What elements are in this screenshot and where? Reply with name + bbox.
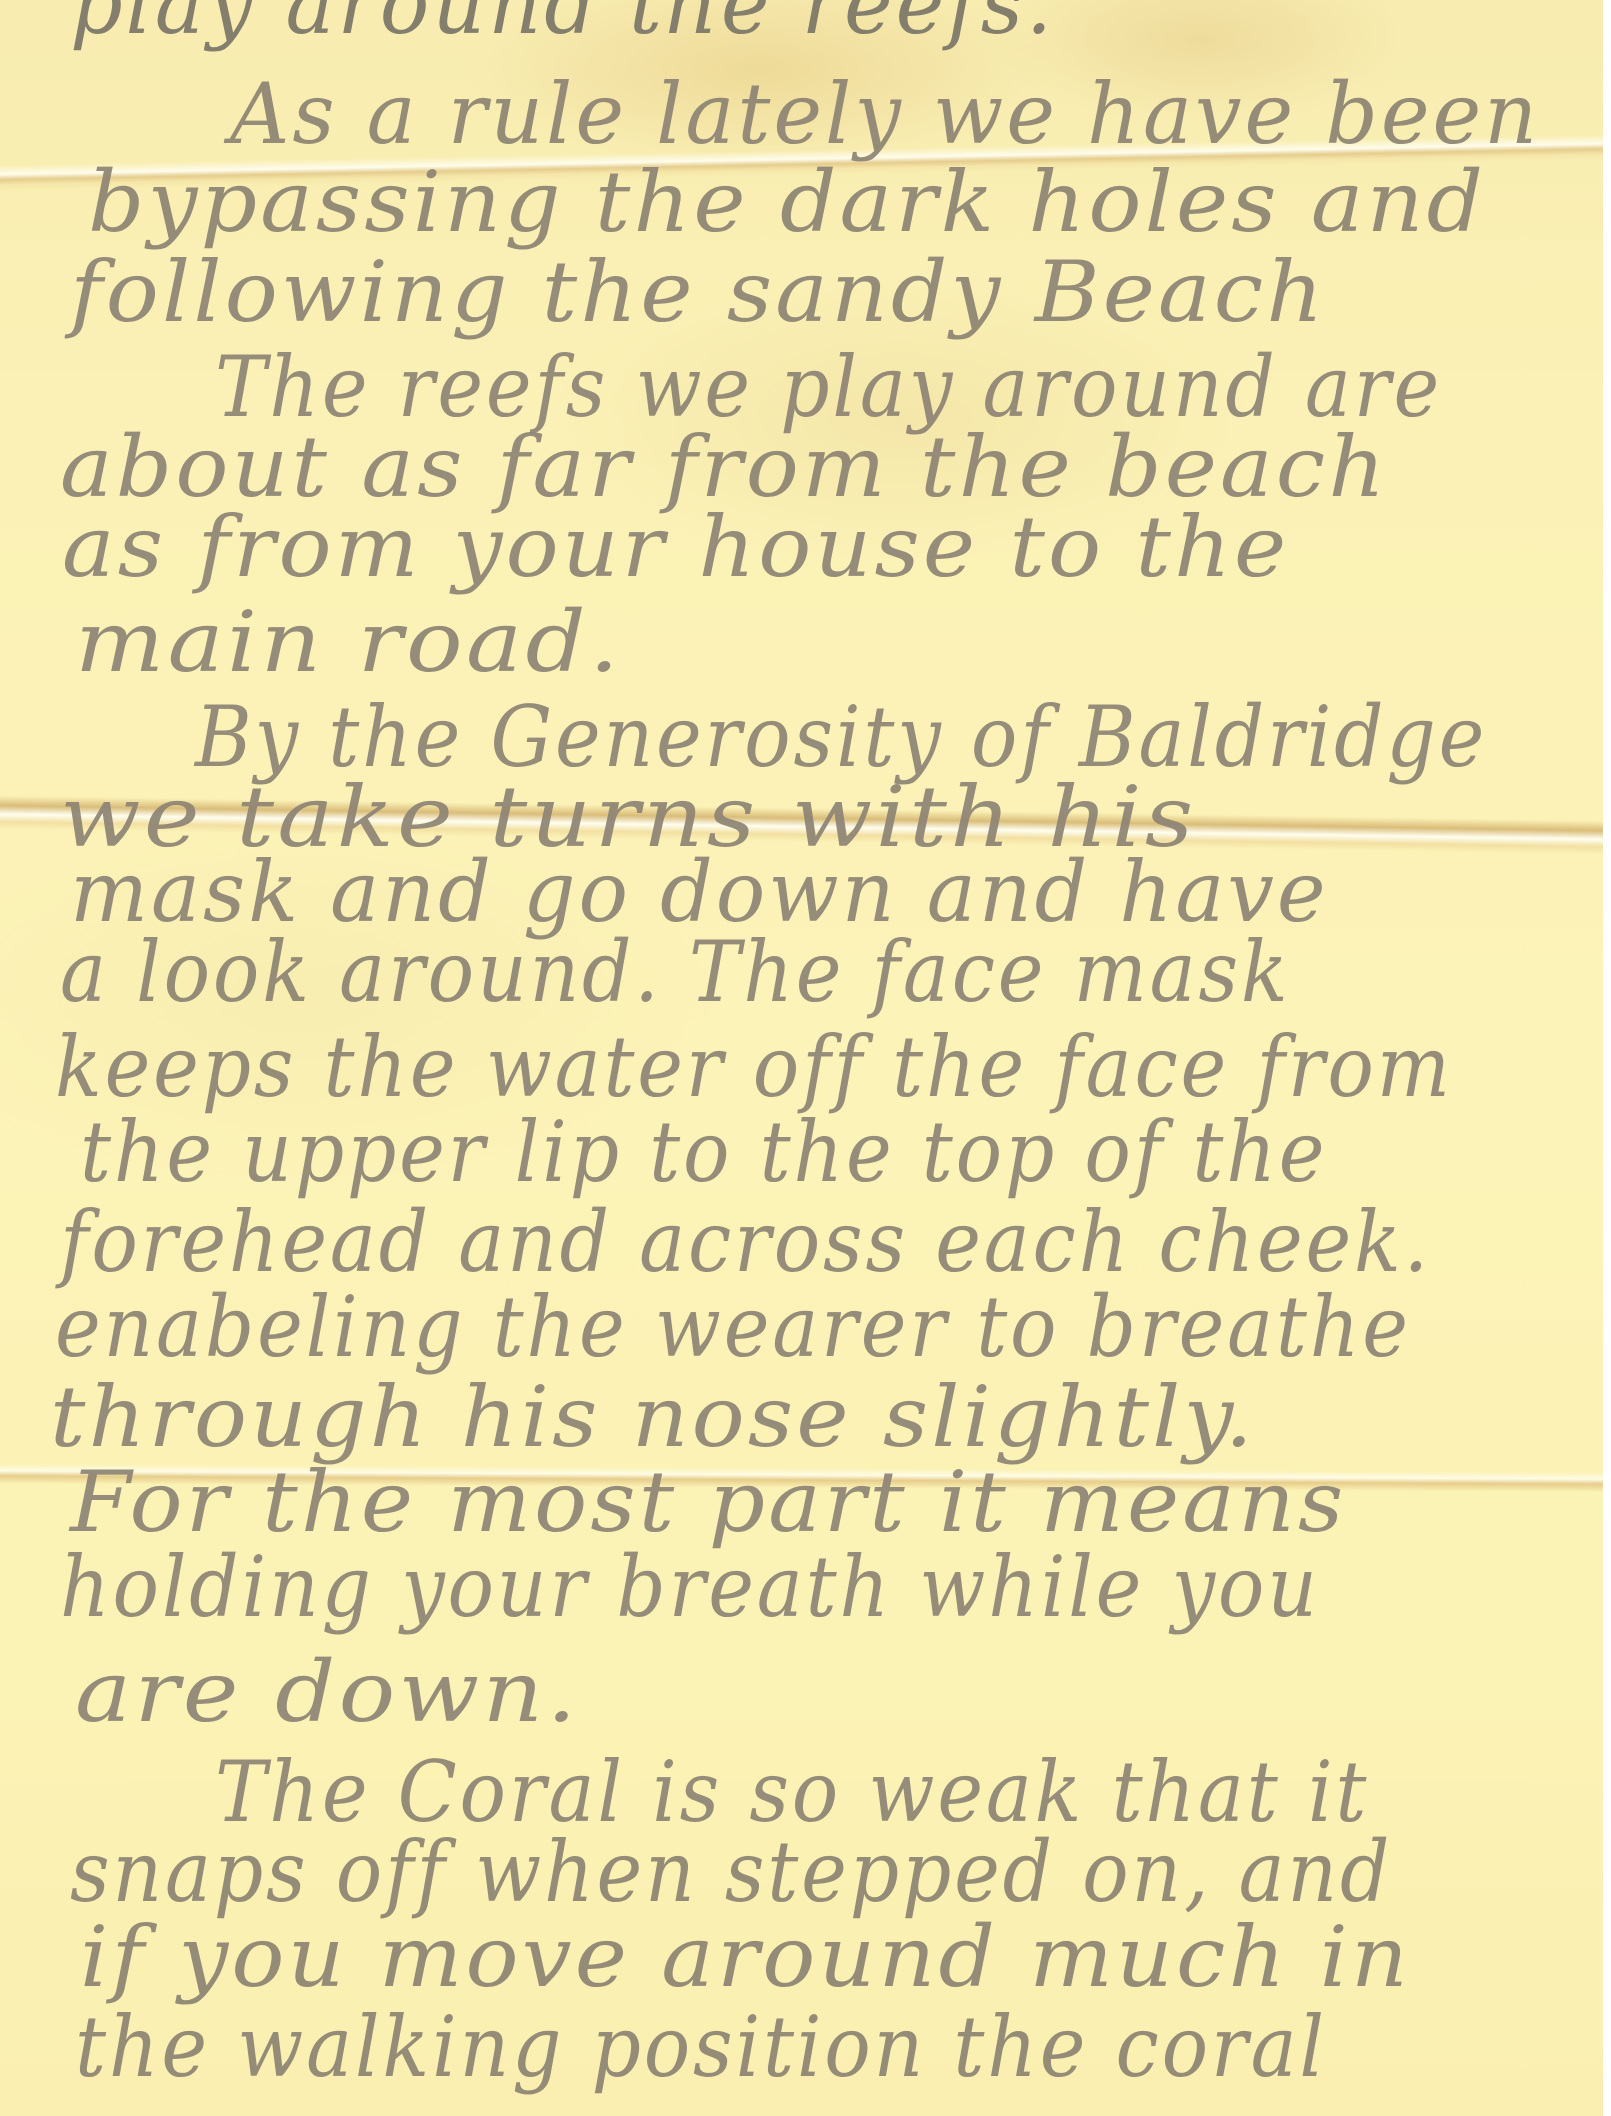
handwritten-line: main road. (75, 600, 622, 684)
handwritten-line: through his nose slightly. (50, 1375, 1256, 1459)
handwritten-line: play around the reefs. (70, 0, 1055, 46)
handwritten-line: For the most part it means (70, 1460, 1346, 1544)
handwritten-line: bypassing the dark holes and (88, 160, 1486, 244)
handwritten-line: about as far from the beach (60, 425, 1388, 509)
handwritten-line: The reefs we play around are (215, 345, 1442, 429)
handwritten-line: following the sandy Beach (70, 250, 1326, 334)
handwritten-line: a look around. The face mask (60, 930, 1290, 1014)
handwritten-line: The Coral is so weak that it (215, 1750, 1369, 1834)
handwritten-line: mask and go down and have (70, 850, 1329, 934)
handwritten-line: By the Generosity of Baldridge (195, 695, 1487, 779)
letter-page: play around the reefs. As a rule lately … (0, 0, 1603, 2116)
handwritten-line: As a rule lately we have been (230, 72, 1540, 156)
handwritten-line: keeps the water off the face from (55, 1025, 1453, 1109)
handwritten-line: snaps off when stepped on, and (70, 1830, 1392, 1914)
handwritten-line: as from your house to the (62, 505, 1289, 589)
handwritten-line: the upper lip to the top of the (80, 1110, 1327, 1194)
handwritten-line: forehead and across each cheek. (60, 1200, 1431, 1284)
handwritten-line: the walking position the coral (75, 2005, 1327, 2089)
handwritten-line: if you move around much in (80, 1915, 1411, 1999)
handwritten-line: holding your breath while you (60, 1545, 1320, 1629)
handwritten-line: enabeling the wearer to breathe (55, 1285, 1411, 1369)
handwritten-line: are down. (75, 1650, 580, 1734)
